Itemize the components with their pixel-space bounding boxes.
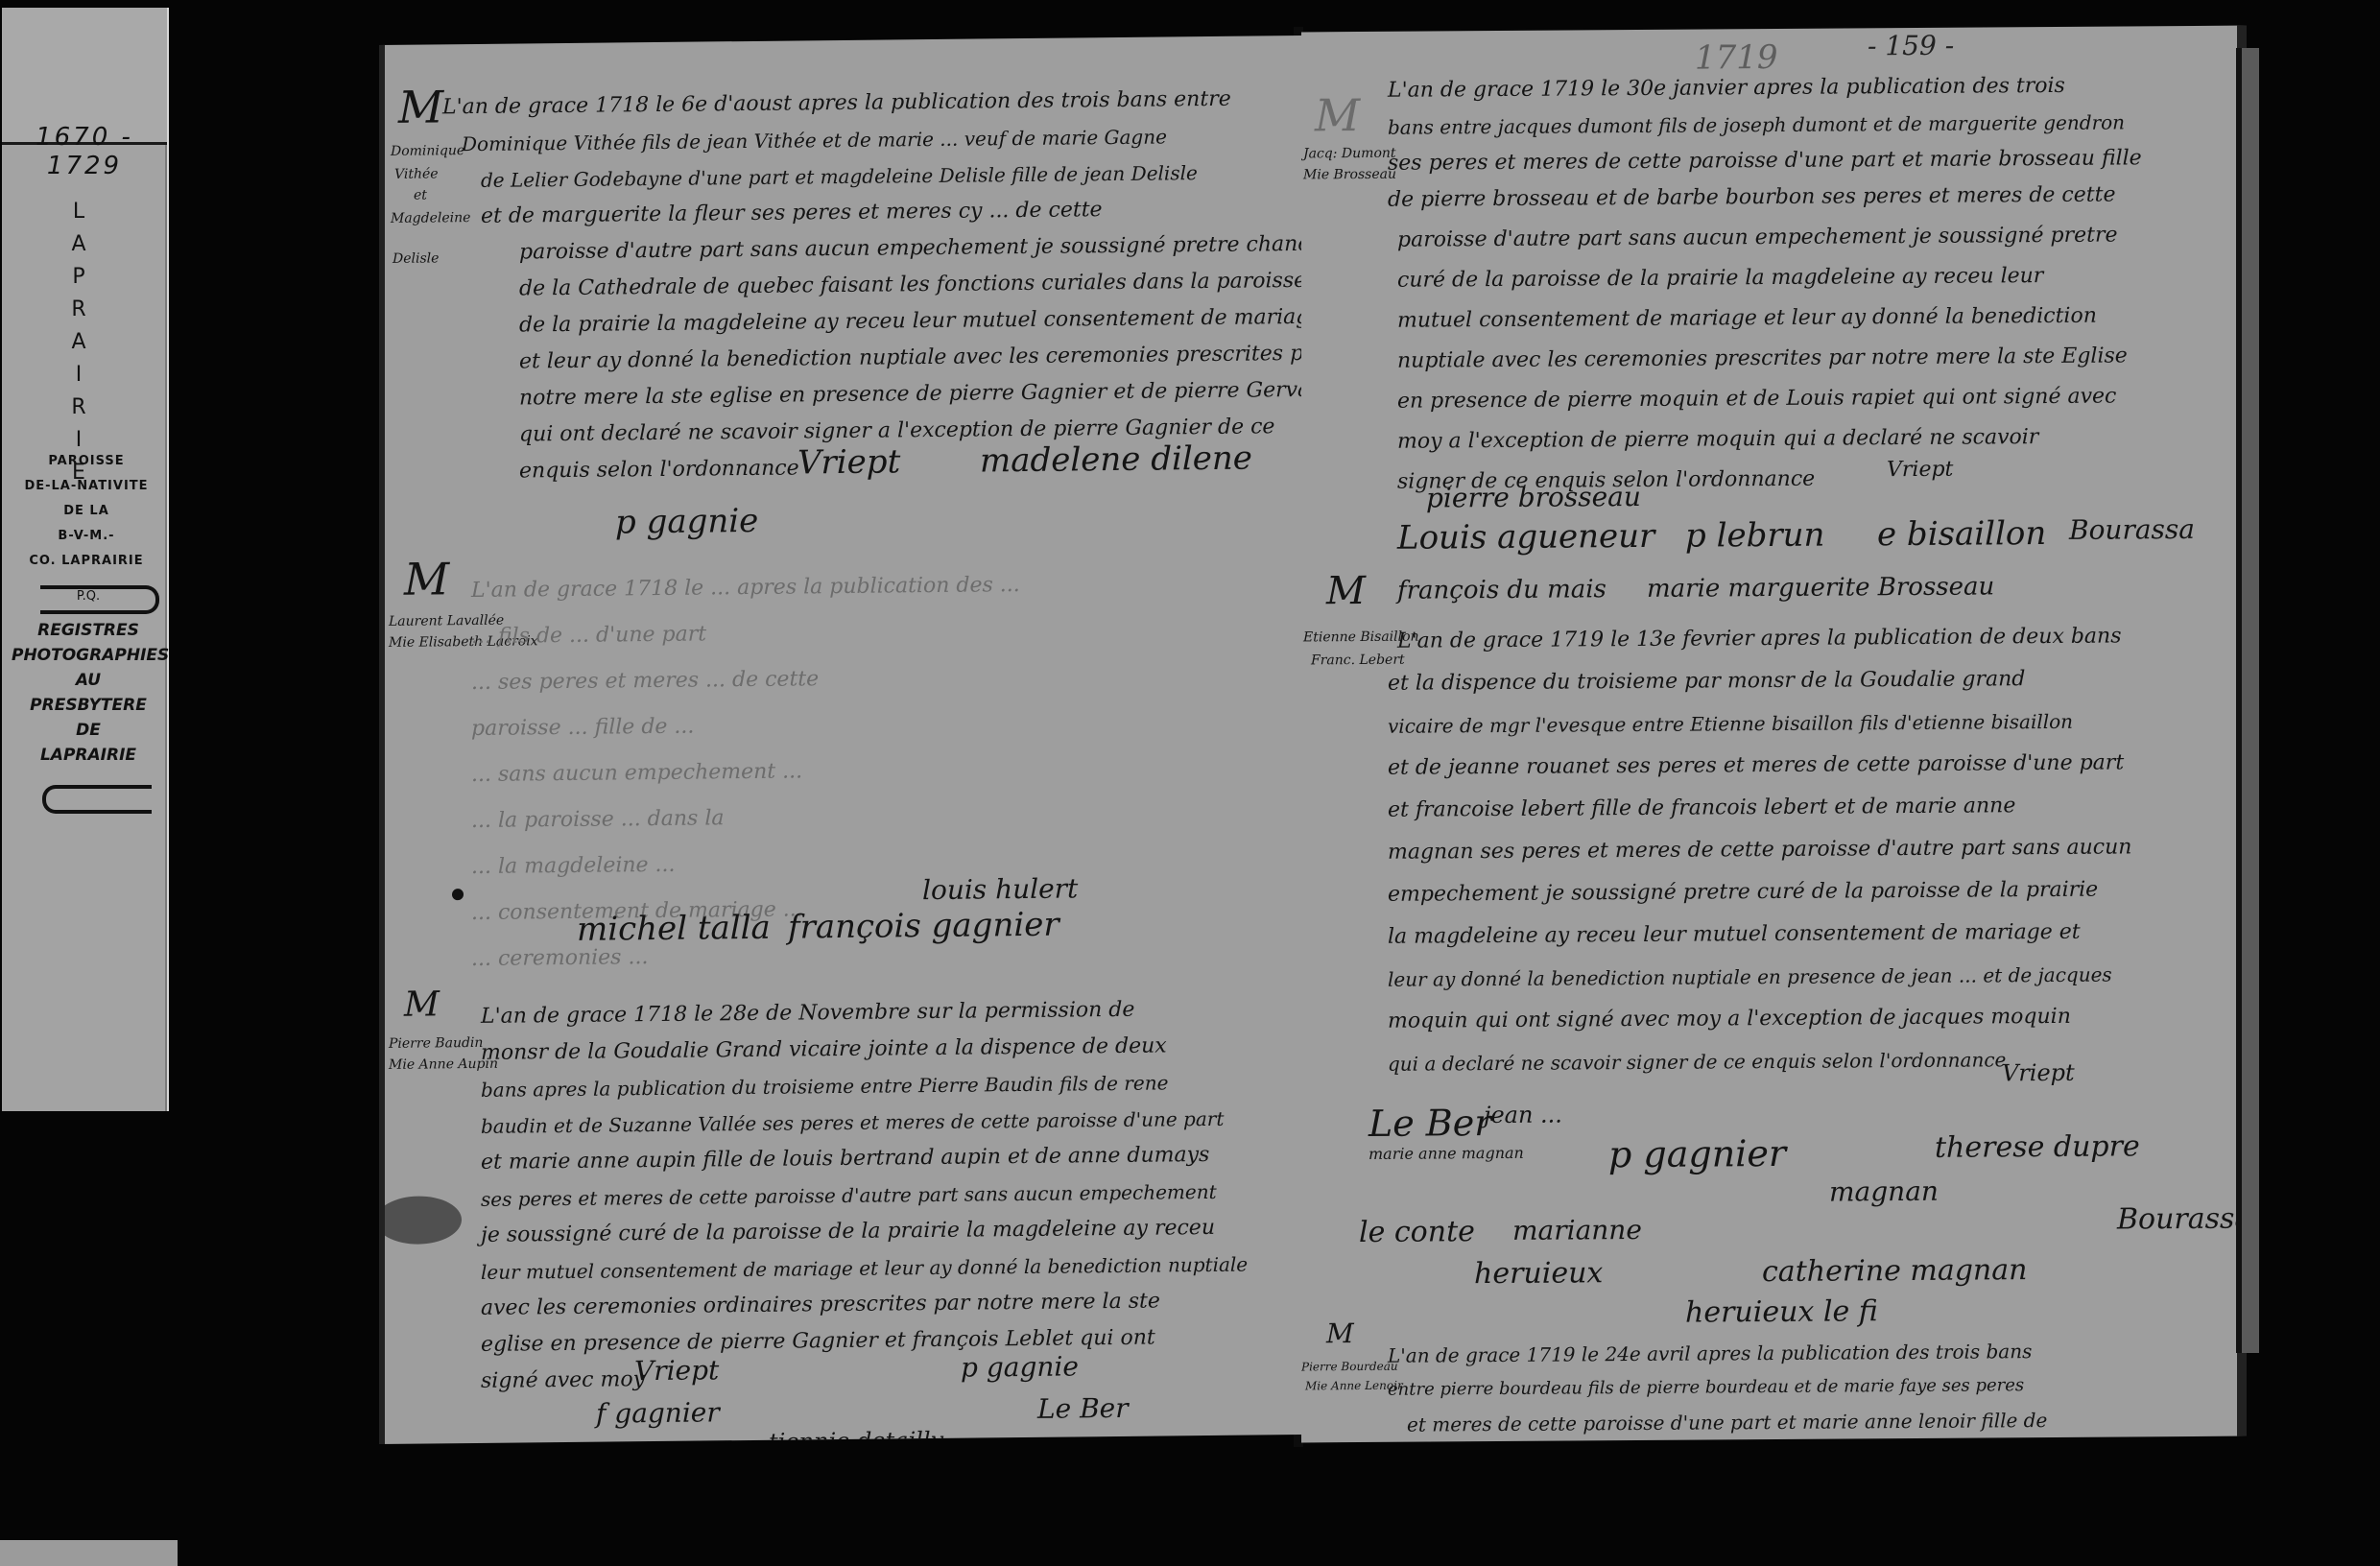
place-letter: A	[59, 326, 98, 359]
entry-line: nuptiale avec les ceremonies prescrites …	[1397, 339, 2128, 378]
place-letter: R	[59, 391, 98, 424]
signature: Le Ber	[1037, 1392, 1129, 1425]
entry-line: monsr de la Goudalie Grand vicaire joint…	[481, 1029, 1167, 1070]
left-page: M Dominique Vithée et Magdeleine Delisle…	[379, 36, 1301, 1444]
entry-line: ses peres et meres de cette paroisse d'u…	[1388, 141, 2142, 180]
ink-stain	[379, 1196, 462, 1245]
margin-name: et	[414, 185, 427, 206]
entry-line: avec les ceremonies ordinaires prescrite…	[481, 1285, 1160, 1326]
signature: marie anne magnan	[1368, 1144, 1524, 1163]
entry-line: leur ay donné la benediction nuptiale en…	[1388, 958, 2112, 997]
signature: therese dupre	[1935, 1129, 2140, 1164]
entry-line: L'an de grace 1719 le 30e janvier apres …	[1388, 69, 2065, 108]
paperclip-icon	[42, 785, 152, 814]
place-letter: P	[59, 261, 98, 294]
archive-label-card: 1670 - 1729 L A P R A I R I E PAROISSE D…	[2, 8, 169, 1111]
next-label-card-edge	[0, 1540, 178, 1566]
ink-spot	[452, 889, 464, 900]
parish-line: PAROISSE	[10, 449, 163, 474]
signature: le conte	[1359, 1215, 1475, 1249]
book-page-edge	[2236, 48, 2259, 1353]
archive-line: AU	[12, 668, 165, 693]
entry-line: signé avec moy	[481, 1363, 645, 1399]
entry-line: leur mutuel consentement de mariage et l…	[481, 1247, 1248, 1290]
margin-name: Dominique	[391, 140, 464, 162]
signature: michel talla	[577, 909, 771, 949]
entry-line: de pierre brosseau et de barbe bourbon s…	[1388, 178, 2115, 218]
parish-line: B-V-M.-	[10, 524, 163, 549]
entry-line: ... sans aucun empechement ...	[471, 754, 802, 793]
signature: marianne	[1512, 1214, 1642, 1246]
signature: p gagnier	[1608, 1132, 1786, 1175]
entry-line: de Lelier Godebayne d'une part et magdel…	[481, 155, 1198, 198]
signature: Le Ber	[1368, 1102, 1491, 1145]
province-label: P.Q.	[59, 589, 117, 604]
signature: louis hulert	[922, 872, 1078, 906]
entry-line: de la prairie la magdeleine ay receu leu…	[519, 300, 1301, 344]
entry-line: bans apres la publication du troisieme e…	[481, 1065, 1168, 1107]
margin-initial: M	[1326, 569, 1366, 613]
entry-line: L'an de grace 1718 le 6e d'aoust apres l…	[442, 83, 1231, 126]
signature: marie marguerite Brosseau	[1647, 572, 1994, 604]
entry-line: L'an de grace 1718 le 28e de Novembre su…	[481, 993, 1134, 1034]
entry-line: et marie anne aupin fille de louis bertr…	[481, 1138, 1209, 1180]
signature: françois du mais	[1397, 575, 1606, 605]
entry-line: ... ses peres et meres ... de cette	[471, 662, 819, 700]
entry-line: et meres de cette paroisse d'une part et…	[1407, 1403, 2047, 1442]
signature: madelene dilene	[980, 439, 1252, 481]
register-years: 1670 - 1729	[2, 123, 167, 180]
archive-line: PHOTOGRAPHIES	[12, 643, 165, 668]
archive-line: LAPRAIRIE	[12, 743, 165, 768]
signature: heruieux	[1474, 1256, 1603, 1291]
entry-line: paroisse ... fille de ...	[471, 710, 694, 747]
signature: Vriept	[2002, 1059, 2075, 1087]
entry-line: vicaire de mgr l'evesque entre Etienne b…	[1388, 704, 2073, 744]
entry-line: ... fils de ... d'une part	[471, 617, 706, 654]
entry-line: moquin qui ont signé avec moy a l'except…	[1388, 1000, 2071, 1039]
signature: tiennie detailly	[769, 1427, 943, 1444]
entry-line: enquis selon l'ordonnance	[519, 451, 799, 488]
place-letter: A	[59, 228, 98, 261]
parish-line: DE-LA-NATIVITE	[10, 474, 163, 499]
margin-name: Vithée	[394, 163, 439, 184]
signature: Vriept	[1887, 458, 1953, 482]
entry-line: moy a l'exception de pierre moquin qui a…	[1397, 420, 2038, 460]
place-letter: I	[59, 359, 98, 391]
entry-line: bans entre jacques dumont fils de joseph…	[1388, 105, 2125, 144]
right-page: 1719 - 159 - M Jacq: Dumont Mie Brosseau…	[1301, 26, 2247, 1443]
entry-line: la magdeleine ay receu leur mutuel conse…	[1388, 915, 2081, 955]
signature: catherine magnan	[1762, 1253, 2027, 1289]
signature: p gagnie	[961, 1350, 1079, 1383]
entry-line: en presence de pierre moquin et de Louis…	[1397, 380, 2116, 419]
entry-line: et francoise lebert fille de francois le…	[1388, 789, 2015, 828]
archive-line: DE	[12, 718, 165, 743]
entry-line: paroisse d'autre part sans aucun empeche…	[1397, 219, 2118, 258]
page-number: - 159 -	[1868, 30, 1954, 62]
entry-line: entre pierre bourdeau fils de pierre bou…	[1388, 1368, 2024, 1408]
signature: e bisaillon	[1877, 514, 2046, 554]
margin-name: Jacq: Dumont	[1303, 143, 1396, 165]
margin-name: Magdeleine	[391, 207, 470, 229]
entry-line: et de marguerite la fleur ses peres et m…	[481, 193, 1103, 234]
signature: p lebrun	[1685, 516, 1824, 556]
parish-line: DE LA	[10, 499, 163, 524]
signature: pierre brosseau	[1426, 481, 1641, 514]
signature: magnan	[1829, 1175, 1939, 1208]
archive-note: REGISTRES PHOTOGRAPHIES AU PRESBYTERE DE…	[12, 618, 165, 768]
signature: Bourassa	[2069, 513, 2195, 546]
entry-line: curé de la paroisse de la prairie la mag…	[1397, 259, 2043, 298]
entry-line: et leur ay donné la benediction nuptiale…	[519, 337, 1301, 380]
signature: Bourassa	[2117, 1202, 2247, 1237]
entry-line: ses peres et meres de cette paroisse d'a…	[481, 1174, 1217, 1217]
margin-initial: M	[404, 553, 449, 605]
entry-line: paroisse d'autre part sans aucun empeche…	[519, 227, 1301, 271]
signature: p gagnie	[615, 502, 758, 542]
entry-line: ... la magdeleine ...	[471, 848, 676, 885]
margin-name: Delisle	[393, 248, 439, 270]
margin-name: Mie Brosseau	[1303, 164, 1396, 186]
entry-line: mutuel consentement de mariage et leur a…	[1397, 299, 2097, 339]
margin-name: Pierre Baudin	[389, 1032, 483, 1055]
entry-line: notre mere la ste eglise en presence de …	[519, 373, 1301, 416]
signature: f gagnier	[596, 1396, 720, 1429]
signature: françois gagnier	[788, 906, 1059, 947]
signature: Vriept	[797, 442, 900, 482]
margin-initial: M	[398, 81, 443, 132]
signature: Vriept	[634, 1354, 719, 1387]
entry-line: qui a declaré ne scavoir signer de ce en…	[1388, 1042, 2006, 1080]
entry-line: magnan ses peres et meres de cette paroi…	[1388, 830, 2131, 869]
entry-line: L'an de grace 1718 le ... apres la publi…	[471, 568, 1020, 608]
margin-initial: M	[1326, 1317, 1354, 1349]
signature: Louis agueneur	[1397, 517, 1654, 558]
entry-line: L'an de grace 1719 le 24e avril apres la…	[1388, 1334, 2032, 1373]
place-letter: L	[59, 196, 98, 228]
parish-line: CO. LAPRAIRIE	[10, 549, 163, 574]
margin-initial: M	[1315, 89, 1360, 141]
entry-line: de la Cathedrale de quebec faisant les f…	[519, 264, 1301, 307]
entry-line: baudin et de Suzanne Vallée ses peres et…	[481, 1102, 1224, 1144]
parish-name: PAROISSE DE-LA-NATIVITE DE LA B-V-M.- CO…	[10, 449, 163, 574]
entry-line: L'an de grace 1719 le 13e fevrier apres …	[1397, 619, 2122, 658]
signature: heruieux le fi	[1685, 1294, 1878, 1329]
entry-line: empechement je soussigné pretre curé de …	[1388, 873, 2098, 913]
archive-line: PRESBYTERE	[12, 693, 165, 718]
entry-line: je soussigné curé de la paroisse de la p…	[481, 1211, 1215, 1253]
entry-line: et la dispence du troisieme par monsr de…	[1388, 662, 2025, 701]
archive-line: REGISTRES	[12, 618, 165, 643]
entry-line: ... la paroisse ... dans la	[471, 801, 724, 839]
signature: jean ...	[1484, 1102, 1562, 1129]
entry-line: et de jeanne rouanet ses peres et meres …	[1388, 746, 2124, 785]
place-letter: R	[59, 294, 98, 326]
margin-initial: M	[404, 985, 440, 1024]
entry-line: Dominique Vithée fils de jean Vithée et …	[462, 119, 1167, 161]
place-name-vertical: L A P R A I R I E	[59, 196, 98, 489]
